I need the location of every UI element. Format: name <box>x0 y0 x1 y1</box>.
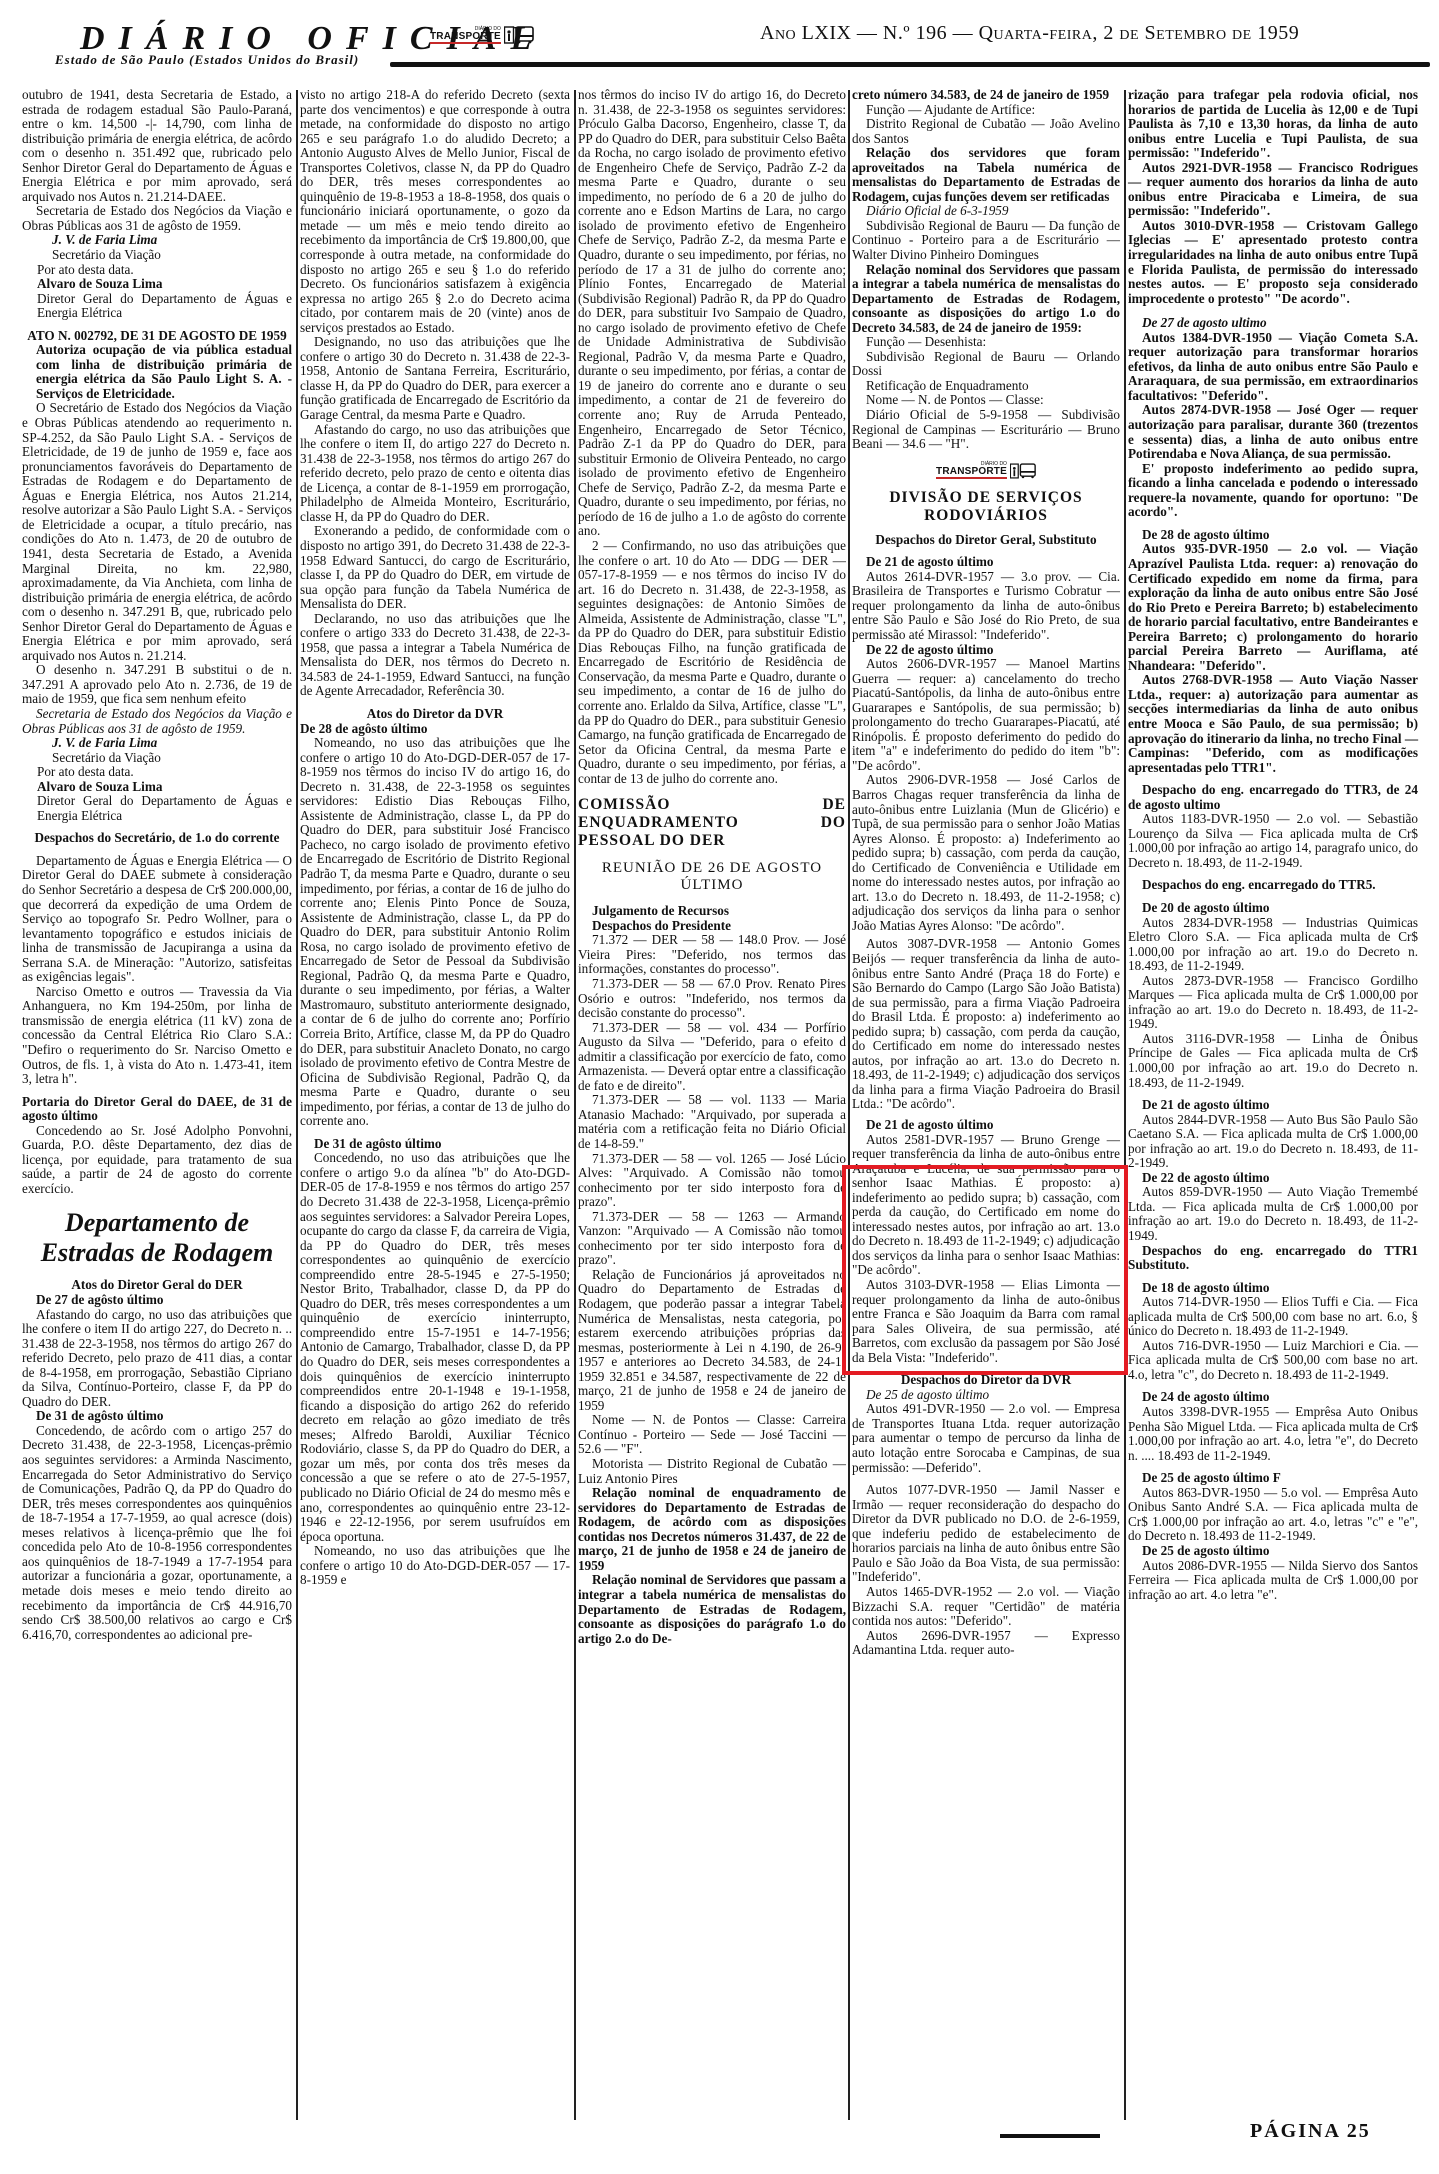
paragraph: Declarando, no uso das atribuições que l… <box>300 612 570 699</box>
paragraph: Autos 2906-DVR-1958 — José Carlos de Bar… <box>852 773 1120 933</box>
date-heading: De 31 de agôsto último <box>300 1137 570 1152</box>
paragraph: Concedendo, de acôrdo com o artigo 257 d… <box>22 1424 292 1642</box>
commission-heading: COMISSÃO DE ENQUADRAMENTO DO PESSOAL DO … <box>578 796 846 850</box>
paragraph: Afastando do cargo, no uso das atribuiçõ… <box>22 1308 292 1410</box>
paragraph: Por ato desta data. <box>22 263 292 278</box>
paragraph: 71.373-DER — 58 — vol. 1133 — Maria Atan… <box>578 1093 846 1151</box>
paragraph: Autos 3010-DVR-1958 — Cristovam Gallego … <box>1128 219 1418 306</box>
paragraph: Autos 859-DVR-1950 — Auto Viação Trememb… <box>1128 1185 1418 1243</box>
signature-title: Diretor Geral do Departamento de Águas e… <box>22 794 292 823</box>
column-divider <box>296 90 298 2120</box>
footer-rule <box>1000 2134 1100 2138</box>
division-heading: DIVISÃO DE SERVIÇOS RODOVIÁRIOS <box>852 489 1120 525</box>
paragraph: O Secretário de Estado dos Negócios da V… <box>22 401 292 663</box>
paragraph: Autos 2844-DVR-1958 — Auto Bus São Paulo… <box>1128 1113 1418 1171</box>
paragraph: Autos 3398-DVR-1955 — Emprêsa Auto Onibu… <box>1128 1405 1418 1463</box>
paragraph: E' proposto indeferimento ao pedido supr… <box>1128 462 1418 520</box>
paragraph: Nome — N. de Pontos — Classe: <box>852 393 1120 408</box>
department-heading: Departamento de Estradas de Rodagem <box>22 1208 292 1268</box>
date-heading: De 18 de agosto último <box>1128 1281 1418 1296</box>
paragraph: Autos 714-DVR-1950 — Elios Tuffi e Cia. … <box>1128 1295 1418 1339</box>
section-heading: Despachos do eng. encarregado do TTR1 Su… <box>1128 1244 1418 1273</box>
transporte-logo-inline: DIÁRIO DOTRANSPORTE <box>852 454 1120 479</box>
column-3: nos têrmos do inciso IV do artigo 16, do… <box>578 88 846 1646</box>
person-bus-icon <box>1010 463 1036 479</box>
paragraph: Autos 2606-DVR-1957 — Manoel Martins Gue… <box>852 657 1120 773</box>
masthead-rule <box>390 62 1430 67</box>
paragraph: Autos 2834-DVR-1958 — Industrias Quimica… <box>1128 916 1418 974</box>
date-heading: De 21 de agosto último <box>852 555 1120 570</box>
person-bus-icon <box>504 26 534 44</box>
paragraph: Autos 2086-DVR-1955 — Nilda Siervo dos S… <box>1128 1559 1418 1603</box>
paragraph: creto número 34.583, de 24 de janeiro de… <box>852 88 1120 103</box>
paragraph: Subdivisão Regional de Bauru — Orlando D… <box>852 350 1120 379</box>
signature-title: Diretor Geral do Departamento de Águas e… <box>22 292 292 321</box>
paragraph: Relação nominal dos Servidores que passa… <box>852 263 1120 336</box>
paragraph: Distrito Regional de Cubatão — João Avel… <box>852 117 1120 146</box>
paragraph: Autos 2873-DVR-1958 — Francisco Gordilho… <box>1128 974 1418 1032</box>
date-heading: De 22 de agosto último <box>852 643 1120 658</box>
signature-name: J. V. de Faria Lima <box>22 233 292 248</box>
paragraph: Nomeando, no uso das atribuições que lhe… <box>300 1544 570 1588</box>
column-divider <box>1124 90 1126 2120</box>
paragraph: Autos 2768-DVR-1958 — Auto Viação Nasser… <box>1128 673 1418 775</box>
paragraph: Autos 3116-DVR-1958 — Linha de Ônibus Pr… <box>1128 1032 1418 1090</box>
paragraph: O desenho n. 347.291 B substitui o de n.… <box>22 663 292 707</box>
date-heading: De 20 de agosto último <box>1128 901 1418 916</box>
issue-info: Ano LXIX — N.º 196 — Quarta-feira, 2 de … <box>760 22 1299 45</box>
paragraph: 71.372 — DER — 58 — 148.0 Prov. — José V… <box>578 933 846 977</box>
transporte-logo: DIÁRIO DOTRANSPORTE <box>430 26 534 44</box>
date-heading: De 21 de agosto último <box>852 1118 1120 1133</box>
paragraph: Designando, no uso das atribuições que l… <box>300 335 570 422</box>
date-heading: De 22 de agosto último <box>1128 1171 1418 1186</box>
paragraph: Motorista — Distrito Regional de Cubatão… <box>578 1457 846 1486</box>
column-2: visto no artigo 218-A do referido Decret… <box>300 88 570 1588</box>
section-heading: Atos do Diretor da DVR <box>300 707 570 722</box>
paragraph: Função — Ajudante de Artífice: <box>852 103 1120 118</box>
paragraph: Autos 491-DVR-1950 — 2.o vol. — Empresa … <box>852 1402 1120 1475</box>
paragraph: nos têrmos do inciso IV do artigo 16, do… <box>578 88 846 539</box>
paragraph: outubro de 1941, desta Secretaria de Est… <box>22 88 292 204</box>
date-heading: De 28 de agosto último <box>1128 528 1418 543</box>
paragraph: Narciso Ometto e outros — Travessia da V… <box>22 985 292 1087</box>
paragraph: Relação de Funcionários já aproveitados … <box>578 1268 846 1413</box>
paragraph: Autos 1183-DVR-1950 — 2.o vol. — Sebasti… <box>1128 812 1418 870</box>
paragraph: 71.373-DER — 58 — vol. 434 — Porfírio Au… <box>578 1021 846 1094</box>
paragraph: Diário Oficial de 6-3-1959 <box>852 204 1120 219</box>
paragraph: Autos 2874-DVR-1958 — José Oger — requer… <box>1128 403 1418 461</box>
paragraph: Autos 1465-DVR-1952 — 2.o vol. — Viação … <box>852 1585 1120 1629</box>
date-heading: De 25 de agosto último F <box>1128 1471 1418 1486</box>
column-divider <box>574 90 576 2120</box>
paragraph: 71.373-DER — 58 — vol. 1265 — José Lúcio… <box>578 1152 846 1210</box>
column-divider <box>848 90 850 2120</box>
paragraph: Autos 716-DVR-1950 — Luiz Marchiori e Ci… <box>1128 1339 1418 1383</box>
paragraph: Autos 2581-DVR-1957 — Bruno Grenge — req… <box>852 1133 1120 1278</box>
paragraph: 71.373-DER — 58 — 67.0 Prov. Renato Pire… <box>578 977 846 1021</box>
section-heading: Julgamento de Recursos <box>578 904 846 919</box>
act-summary: Autoriza ocupação de via pública estadua… <box>22 343 292 401</box>
paragraph: Autos 935-DVR-1950 — 2.o vol. — Viação A… <box>1128 542 1418 673</box>
paragraph: Relação nominal de enquadramento de serv… <box>578 1486 846 1573</box>
section-heading: Portaria do Diretor Geral do DAEE, de 31… <box>22 1095 292 1124</box>
section-heading: Despachos do eng. encarregado do TTR5. <box>1128 878 1418 893</box>
section-heading: Despacho do eng. encarregado do TTR3, de… <box>1128 783 1418 812</box>
act-heading: ATO N. 002792, DE 31 DE AGOSTO DE 1959 <box>22 329 292 344</box>
section-heading: Despachos do Diretor Geral, Substituto <box>872 533 1100 548</box>
logo-main-text: TRANSPORTE <box>430 32 501 42</box>
date-heading: De 25 de agosto último <box>852 1388 1120 1403</box>
paragraph: Relação dos servidores que foram aprovei… <box>852 146 1120 204</box>
paragraph: Secretaria de Estado dos Negócios da Via… <box>22 204 292 233</box>
page-number: PÁGINA 25 <box>1250 2120 1371 2143</box>
signature-name: Alvaro de Souza Lima <box>22 780 292 795</box>
column-1: outubro de 1941, desta Secretaria de Est… <box>22 88 292 1642</box>
newspaper-subtitle: Estado de São Paulo (Estados Unidos do B… <box>55 52 359 68</box>
date-heading: De 25 de agosto último <box>1128 1544 1418 1559</box>
paragraph: Autos 3103-DVR-1958 — Elias Limonta — re… <box>852 1278 1120 1365</box>
paragraph: Autos 863-DVR-1950 — 5.o vol. — Emprêsa … <box>1128 1486 1418 1544</box>
paragraph: 71.373-DER — 58 — 1263 — Armando Vanzon:… <box>578 1210 846 1268</box>
paragraph: Por ato desta data. <box>22 765 292 780</box>
section-heading: Atos do Diretor Geral do DER <box>22 1278 292 1293</box>
paragraph: Relação nominal de Servidores que passam… <box>578 1573 846 1646</box>
paragraph: Departamento de Águas e Energia Elétrica… <box>22 854 292 985</box>
date-heading: De 21 de agosto último <box>1128 1098 1418 1113</box>
paragraph: rização para trafegar pela rodovia ofici… <box>1128 88 1418 161</box>
signature-title: Secretário da Viação <box>22 751 292 766</box>
date-heading: De 28 de agôsto último <box>300 722 570 737</box>
highlighted-paragraph: Autos 3087-DVR-1958 — Antonio Gomes Beij… <box>852 937 1120 1112</box>
paragraph: Nomeando, no uso das atribuições que lhe… <box>300 736 570 1129</box>
paragraph: Diário Oficial de 5-9-1958 — Subdivisão … <box>852 408 1120 452</box>
paragraph: Função — Desenhista: <box>852 335 1120 350</box>
meeting-heading: REUNIÃO DE 26 DE AGOSTO ÚLTIMO <box>578 860 846 894</box>
masthead: DIÁRIO OFICIAL Estado de São Paulo (Esta… <box>0 0 1439 88</box>
paragraph: Secretaria de Estado dos Negócios da Via… <box>22 707 292 736</box>
signature-name: Alvaro de Souza Lima <box>22 277 292 292</box>
paragraph: Autos 2921-DVR-1958 — Francisco Rodrigue… <box>1128 161 1418 219</box>
paragraph: Subdivisão Regional de Bauru — Da função… <box>852 219 1120 263</box>
date-heading: De 24 de agosto último <box>1128 1390 1418 1405</box>
signature-name: J. V. de Faria Lima <box>22 736 292 751</box>
date-heading: De 27 de agosto ultimo <box>1128 316 1418 331</box>
paragraph: Concedendo ao Sr. José Adolpho Ponvohni,… <box>22 1124 292 1197</box>
logo-main-text: TRANSPORTE <box>936 467 1007 477</box>
paragraph: Autos 1384-DVR-1950 — Viação Cometa S.A.… <box>1128 331 1418 404</box>
paragraph: Autos 2614-DVR-1957 — 3.o prov. — Cia. B… <box>852 570 1120 643</box>
date-heading: De 27 de agôsto último <box>22 1293 292 1308</box>
paragraph: 2 — Confirmando, no uso das atribuições … <box>578 539 846 786</box>
paragraph: Afastando do cargo, no uso das atribuiçõ… <box>300 423 570 525</box>
date-heading: De 31 de agôsto último <box>22 1409 292 1424</box>
paragraph: Exonerando a pedido, de conformidade com… <box>300 524 570 611</box>
signature-title: Secretário da Viação <box>22 248 292 263</box>
section-heading: Despachos do Secretário, de 1.o do corre… <box>22 831 292 846</box>
column-5: rização para trafegar pela rodovia ofici… <box>1128 88 1418 1602</box>
section-heading: Despachos do Presidente <box>578 919 846 934</box>
paragraph: Retificação de Enquadramento <box>852 379 1120 394</box>
paragraph: Nome — N. de Pontos — Classe: Carreira C… <box>578 1413 846 1457</box>
paragraph: Autos 1077-DVR-1950 — Jamil Nasser e Irm… <box>852 1483 1120 1585</box>
column-4: creto número 34.583, de 24 de janeiro de… <box>852 88 1120 1658</box>
paragraph: visto no artigo 218-A do referido Decret… <box>300 88 570 335</box>
paragraph: Autos 2696-DVR-1957 — Expresso Adamantin… <box>852 1629 1120 1658</box>
section-heading: Despachos do Diretor da DVR <box>852 1373 1120 1388</box>
paragraph: Concedendo, no uso das atribuições que l… <box>300 1151 570 1544</box>
